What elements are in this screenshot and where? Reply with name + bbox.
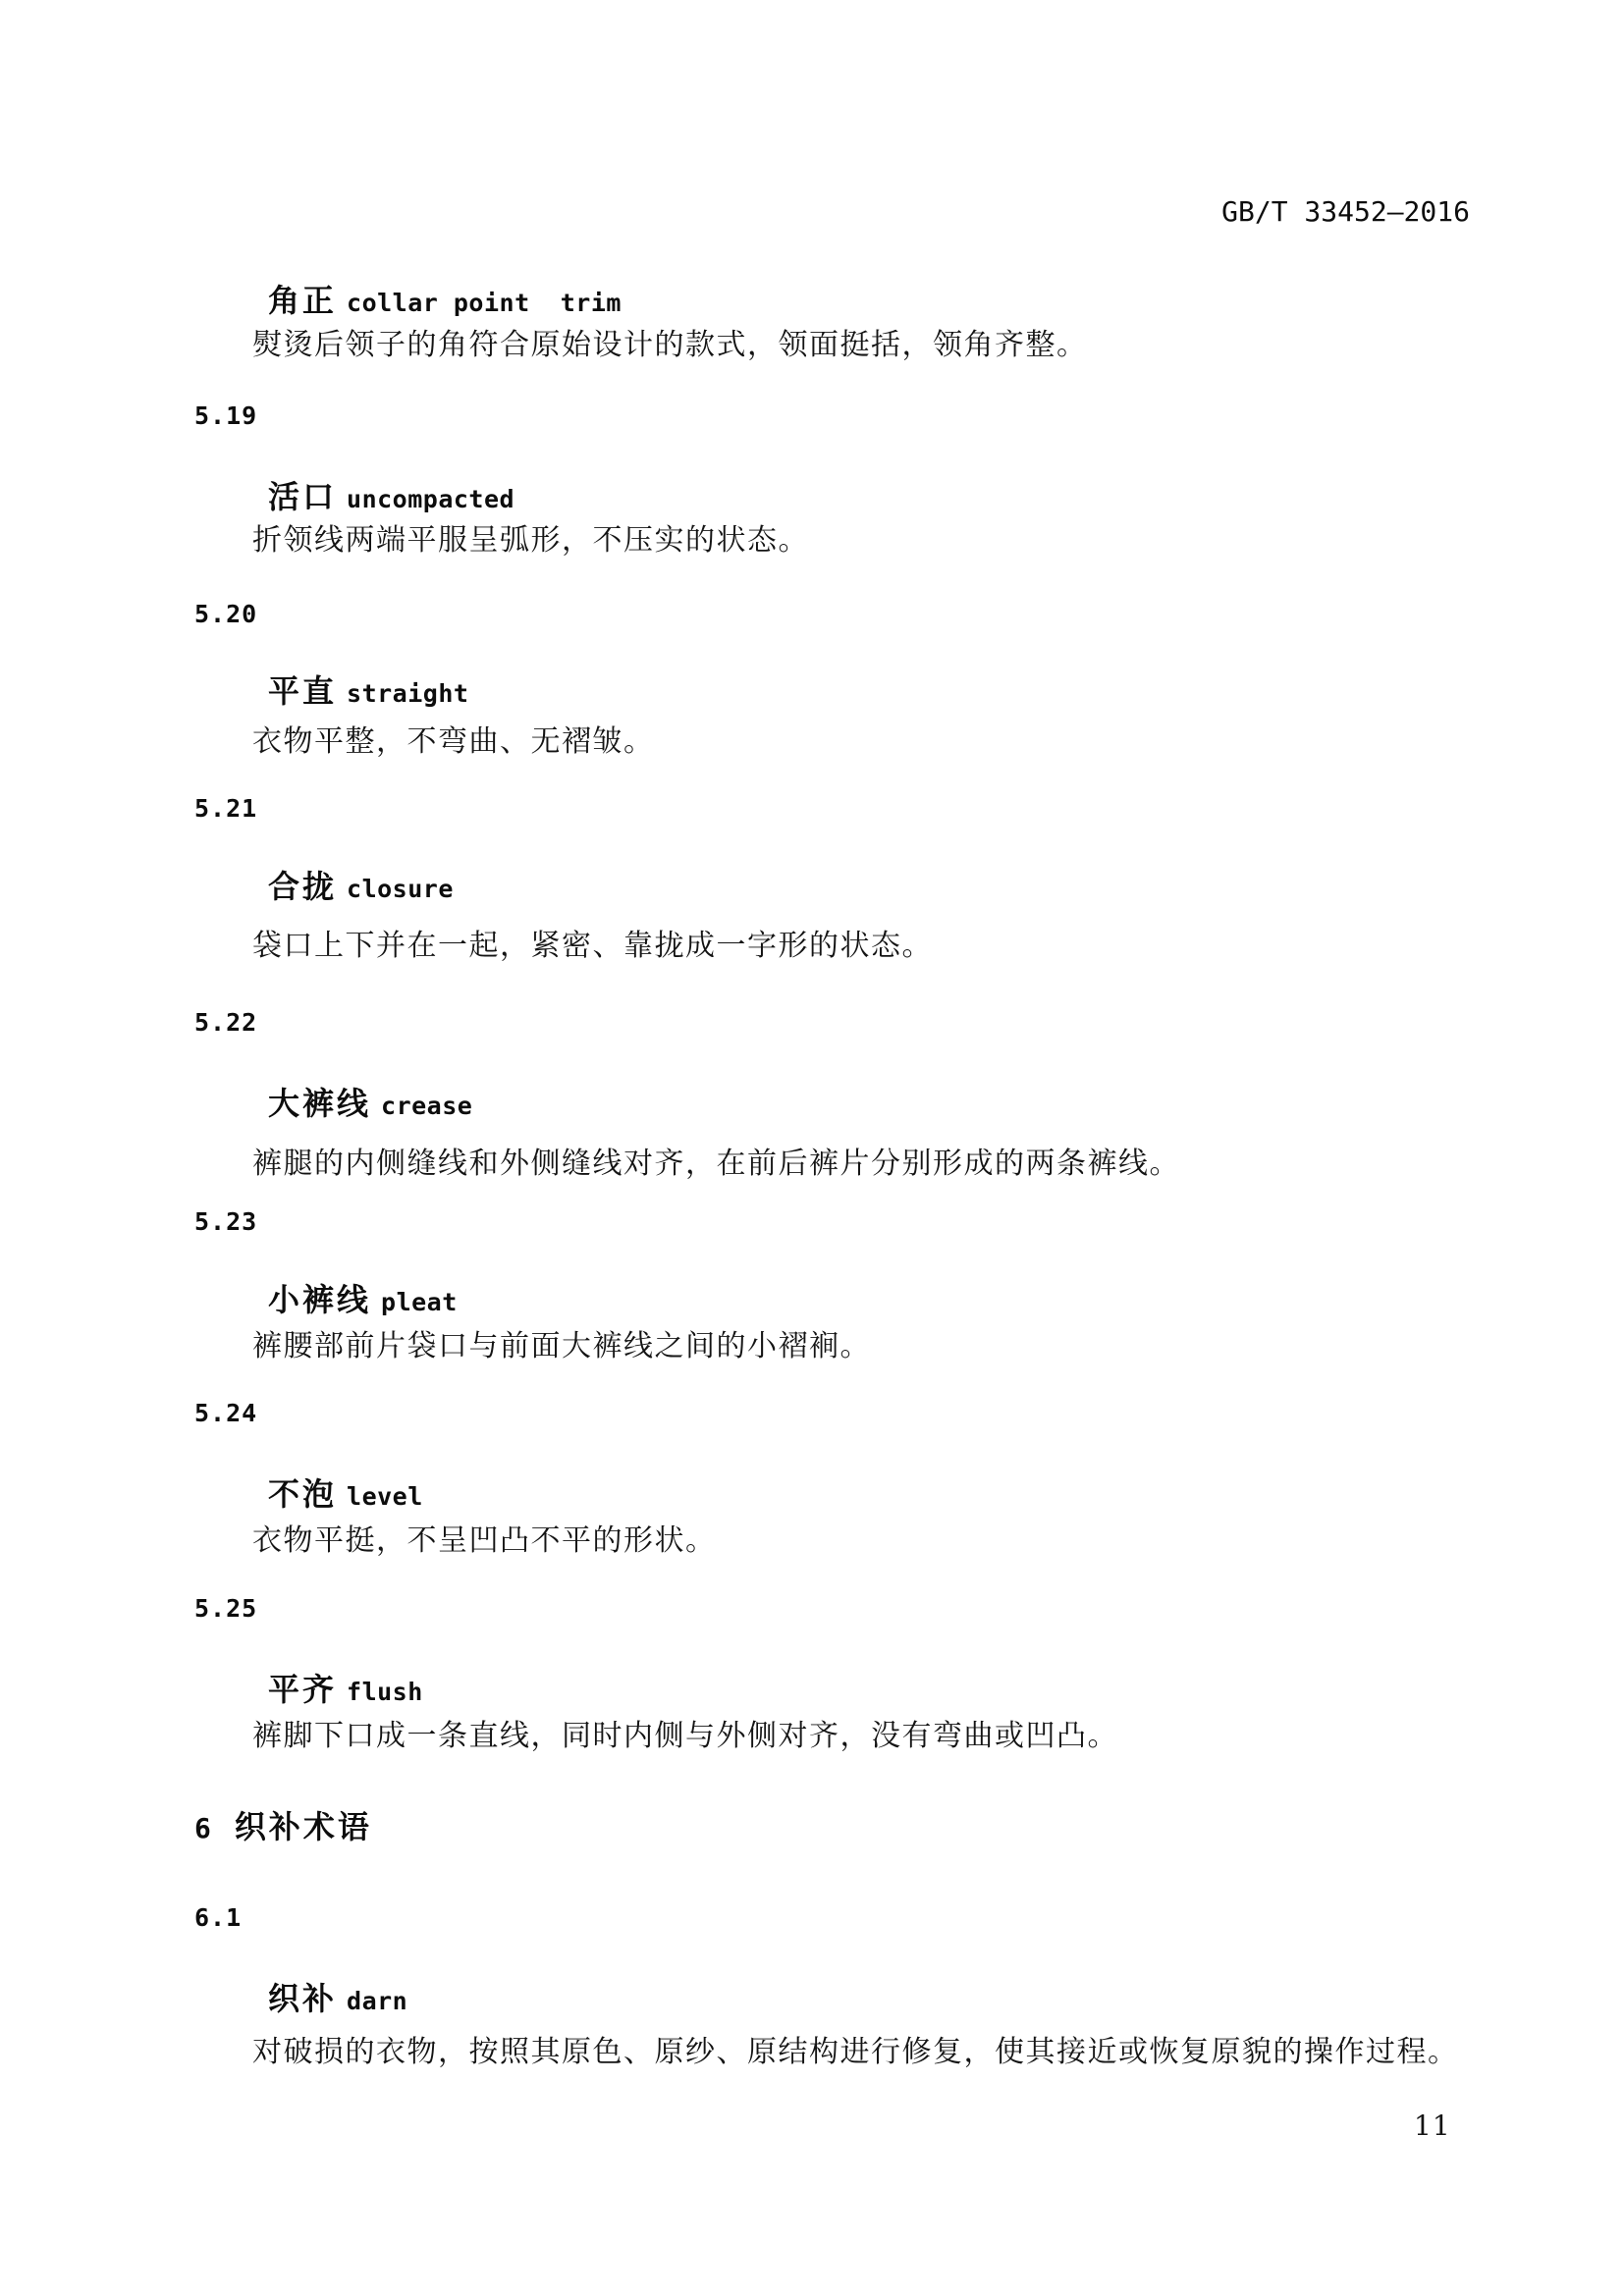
chapter-heading: 6织补术语	[194, 1811, 372, 1842]
definition: 衣物平挺，不呈凹凸不平的形状。	[252, 1526, 717, 1556]
clause-number: 5.21	[194, 794, 257, 823]
clause-number: 6.1	[194, 1903, 242, 1932]
term-heading: 平直straight	[252, 660, 468, 722]
term-cn: 角正	[268, 282, 337, 319]
term-heading: 大裤线crease	[252, 1072, 472, 1135]
term-cn: 平齐	[268, 1671, 337, 1708]
term-en: collar point trim	[347, 289, 622, 317]
term-heading: 织补darn	[252, 1967, 407, 2030]
term-en: darn	[347, 1987, 407, 2015]
term-cn: 合拢	[268, 868, 337, 905]
clause-number: 5.23	[194, 1207, 257, 1236]
definition: 裤脚下口成一条直线，同时内侧与外侧对齐，没有弯曲或凹凸。	[252, 1722, 1118, 1751]
term-heading: 不泡level	[252, 1463, 423, 1525]
term-cn: 大裤线	[268, 1085, 371, 1122]
definition: 对破损的衣物，按照其原色、原纱、原结构进行修复，使其接近或恢复原貌的操作过程。	[252, 2038, 1459, 2067]
document-page: GB/T 33452—2016 角正collar point trim 熨烫后领…	[0, 0, 1624, 2296]
term-cn: 不泡	[268, 1475, 337, 1513]
term-en: uncompacted	[347, 485, 514, 513]
clause-number: 5.20	[194, 600, 257, 628]
term-heading: 活口uncompacted	[252, 465, 514, 528]
term-heading: 角正collar point trim	[252, 269, 622, 332]
term-en: crease	[381, 1092, 472, 1120]
chapter-title: 织补术语	[235, 1808, 372, 1845]
term-cn: 活口	[268, 478, 337, 515]
term-heading: 平齐flush	[252, 1658, 423, 1721]
term-heading: 合拢closure	[252, 855, 454, 918]
term-en: flush	[347, 1678, 423, 1706]
definition: 熨烫后领子的角符合原始设计的款式，领面挺括，领角齐整。	[252, 331, 1088, 360]
term-en: pleat	[381, 1288, 458, 1316]
term-heading: 小裤线pleat	[252, 1268, 458, 1331]
page-number: 11	[1414, 2109, 1451, 2142]
definition: 衣物平整，不弯曲、无褶皱。	[252, 727, 655, 757]
term-cn: 平直	[268, 672, 337, 710]
term-en: level	[347, 1482, 423, 1511]
clause-number: 5.25	[194, 1594, 257, 1623]
chapter-number: 6	[194, 1812, 211, 1844]
term-cn: 织补	[268, 1980, 337, 2017]
definition: 折领线两端平服呈弧形，不压实的状态。	[252, 526, 809, 556]
term-cn: 小裤线	[268, 1281, 371, 1318]
term-en: straight	[347, 679, 468, 708]
standard-code: GB/T 33452—2016	[1221, 195, 1470, 228]
clause-number: 5.19	[194, 401, 257, 430]
clause-number: 5.24	[194, 1399, 257, 1427]
definition: 裤腰部前片袋口与前面大裤线之间的小褶裥。	[252, 1332, 871, 1362]
term-en: closure	[347, 875, 454, 903]
clause-number: 5.22	[194, 1008, 257, 1037]
definition: 袋口上下并在一起，紧密、靠拢成一字形的状态。	[252, 932, 933, 961]
definition: 裤腿的内侧缝线和外侧缝线对齐，在前后裤片分别形成的两条裤线。	[252, 1149, 1180, 1179]
